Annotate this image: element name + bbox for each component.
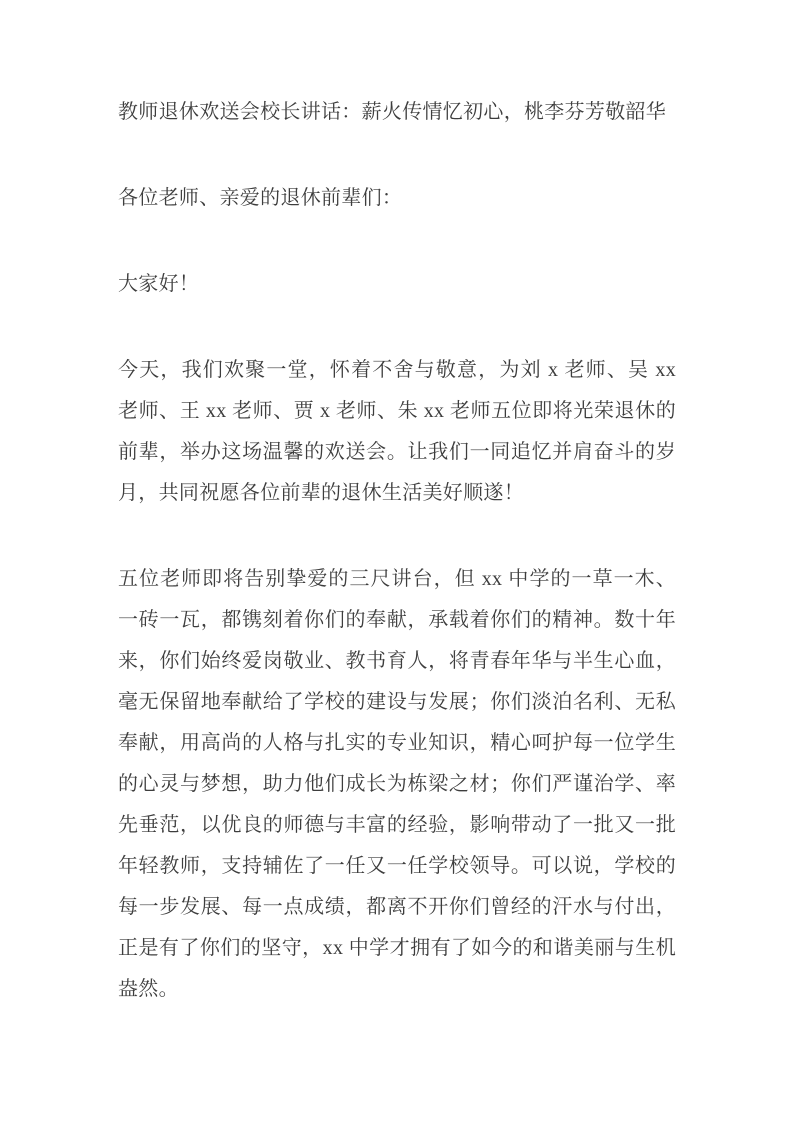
- document-page: 教师退休欢送会校长讲话：薪火传情忆初心，桃李芬芳敬韶华 各位老师、亲爱的退休前辈…: [0, 0, 793, 1122]
- greeting-line: 大家好！: [118, 264, 676, 305]
- body-paragraph: 今天，我们欢聚一堂，怀着不舍与敬意，为刘 x 老师、吴 xx 老师、王 xx 老…: [118, 350, 676, 514]
- salutation-line: 各位老师、亲爱的退休前辈们：: [118, 178, 676, 219]
- document-title: 教师退休欢送会校长讲话：薪火传情忆初心，桃李芬芳敬韶华: [118, 92, 676, 133]
- body-paragraph: 五位老师即将告别挚爱的三尺讲台，但 xx 中学的一草一木、一砖一瓦，都镌刻着你们…: [118, 559, 676, 1010]
